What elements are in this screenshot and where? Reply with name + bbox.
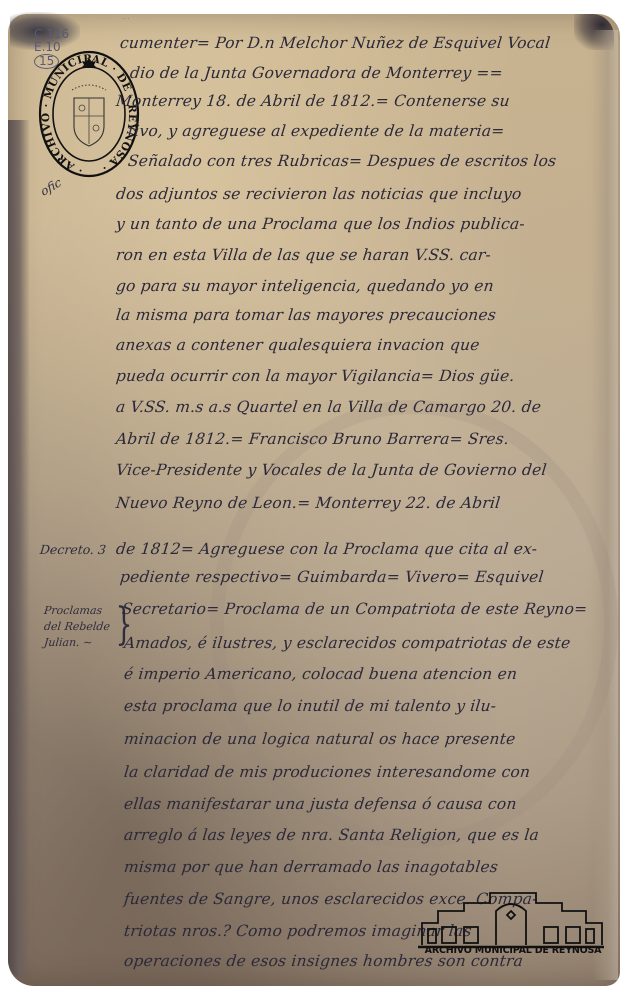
body-line: anexas a contener qualesquiera invacion … [115, 336, 481, 354]
body-line: é imperio Americano, colocad buena atenc… [123, 665, 518, 683]
body-line: arreglo á las leyes de nra. Santa Religi… [123, 826, 540, 844]
body-line: cumenter= Por D.n Melchor Nuñez de Esqui… [119, 34, 551, 52]
body-line: pueda ocurrir con la mayor Vigilancia= D… [115, 367, 516, 385]
body-line: a V.SS. m.s a.s Quartel en la Villa de C… [115, 398, 542, 416]
body-line: la misma para tomar las mayores precauci… [115, 306, 497, 324]
body-line: ellas manifestarar una justa defensa ó c… [123, 795, 518, 813]
body-line: Señalado con tres Rubricas= Despues de e… [127, 152, 557, 170]
body-line: la claridad de mis produciones interesan… [123, 763, 531, 781]
body-line: Monterrey 18. de Abril de 1812.= Contene… [115, 92, 511, 110]
body-line: misma por que han derramado las inagotab… [123, 858, 499, 876]
body-line: de 1812= Agreguese con la Proclama que c… [115, 540, 538, 558]
manuscript-body: cumenter= Por D.n Melchor Nuñez de Esqui… [0, 0, 628, 994]
body-line: Vice-Presidente y Vocales de la Junta de… [115, 461, 548, 479]
body-line: minacion de una logica natural os hace p… [123, 730, 516, 748]
body-line: Amados, é ilustres, y esclarecidos compa… [123, 634, 571, 652]
body-line: tivo, y agreguese al expediente de la ma… [127, 122, 505, 140]
body-line: Abril de 1812.= Francisco Bruno Barrera=… [115, 430, 510, 448]
body-line: Nuevo Reyno de Leon.= Monterrey 22. de A… [115, 494, 501, 512]
body-line: dos adjuntos se recivieron las noticias … [115, 185, 522, 203]
body-line: pediente respectivo= Guimbarda= Vivero= … [119, 568, 545, 586]
body-line: Secretario= Proclama de un Compatriota d… [121, 600, 588, 618]
body-line: go para su mayor inteligencia, quedando … [115, 277, 495, 295]
body-line: dio de la Junta Governadora de Monterrey… [129, 64, 504, 82]
body-line: esta proclama que lo inutil de mi talent… [123, 697, 497, 715]
body-line: ron en esta Villa de las que se haran V.… [115, 246, 492, 264]
archive-logo-text: ARCHIVO MUNICIPAL DE REYNOSA [420, 945, 606, 956]
body-line: y un tanto de una Proclama que los Indio… [115, 215, 526, 233]
